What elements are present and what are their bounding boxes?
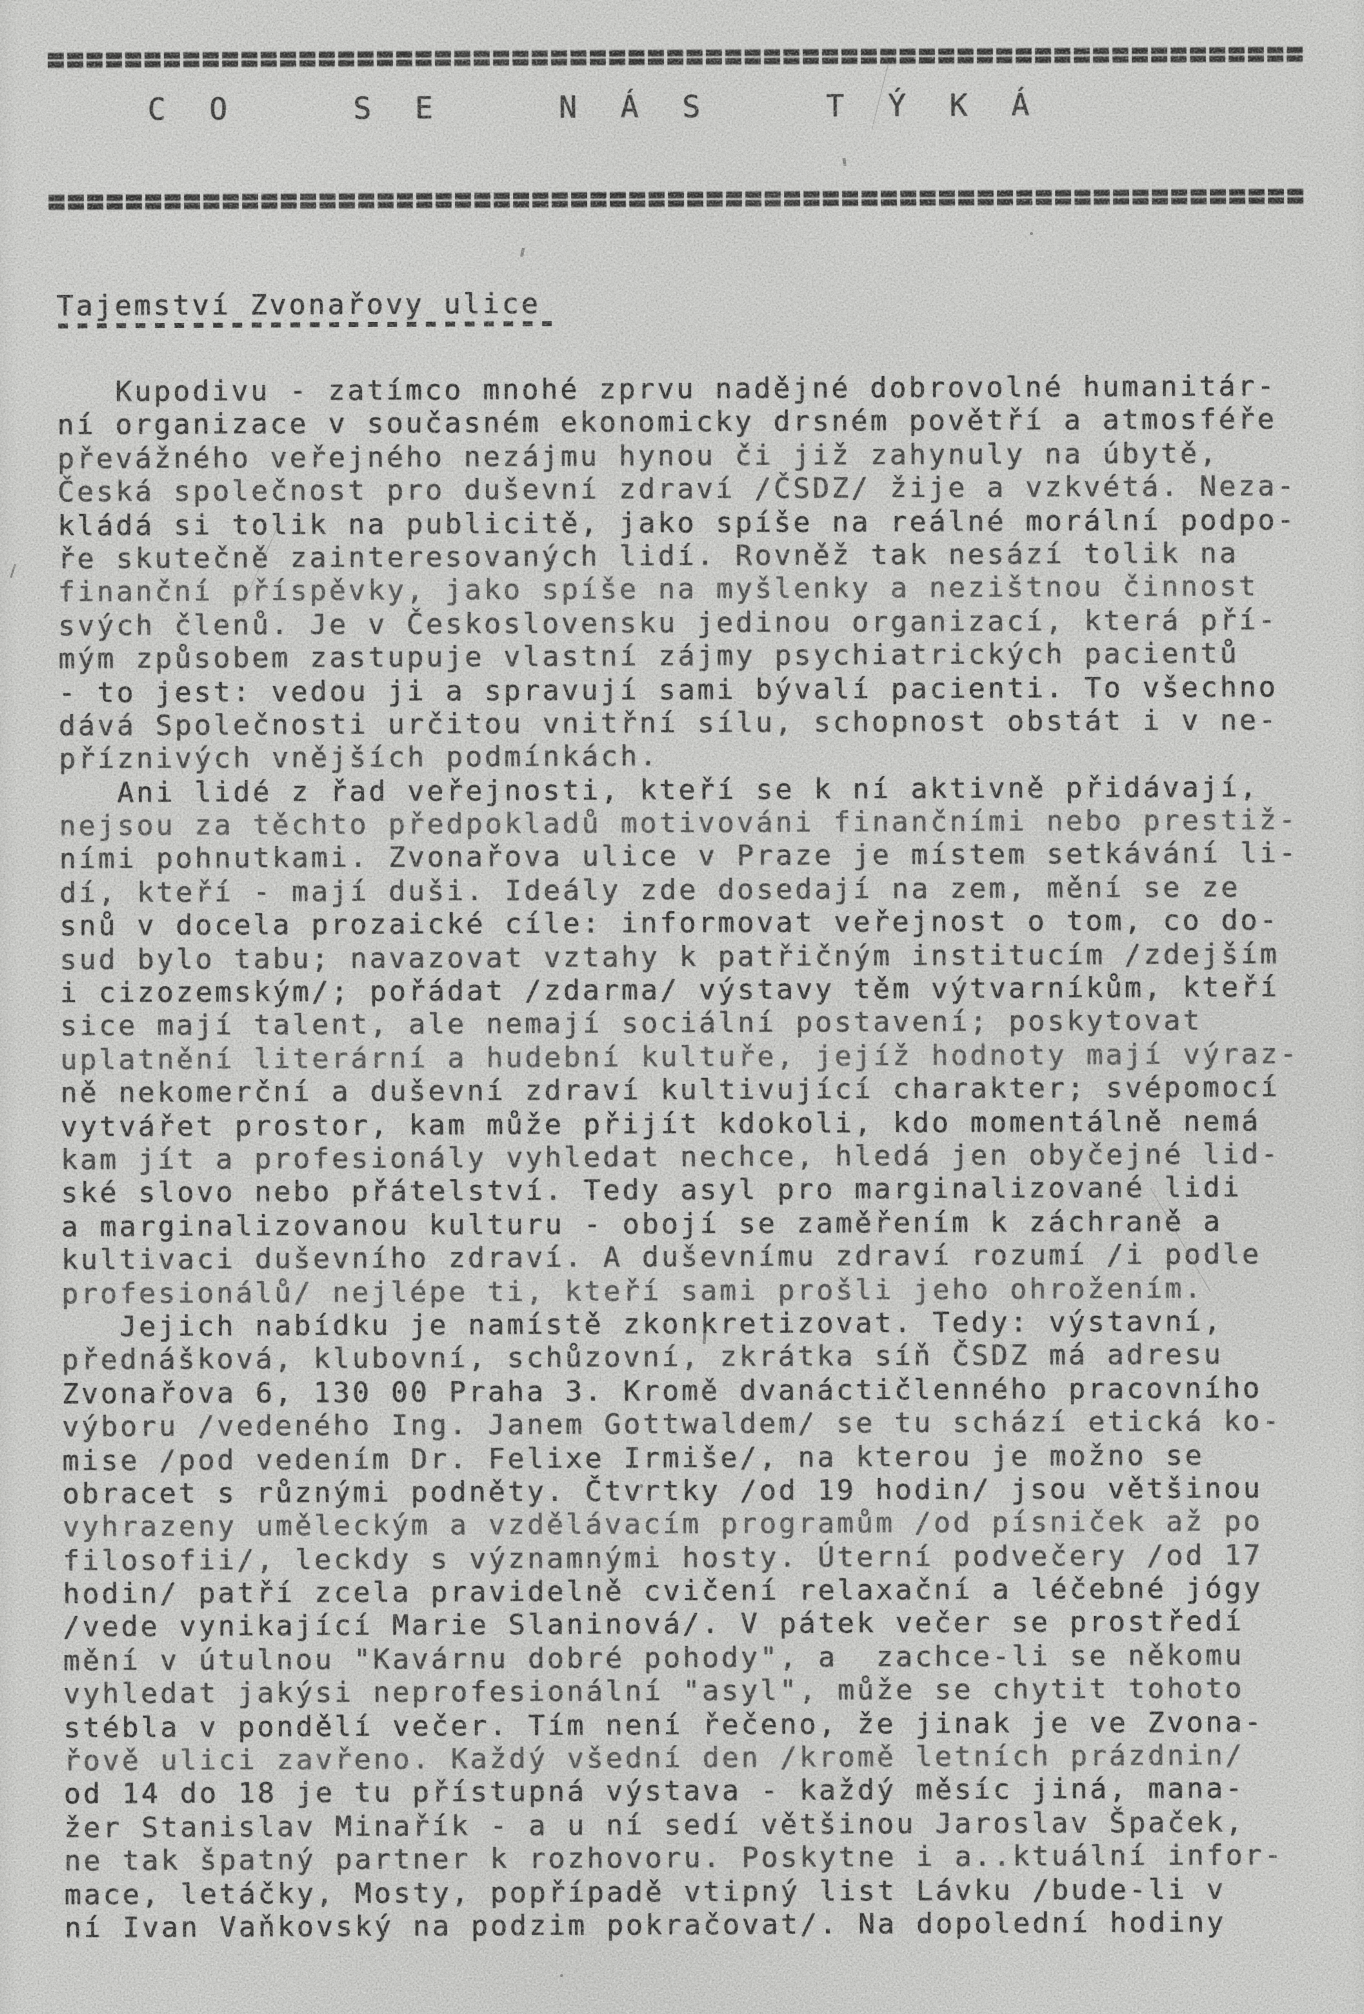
scanned-typewritten-page: ========================================… (0, 0, 1364, 2014)
text-line: Česká společnost pro duševní zdraví /ČSD… (57, 469, 1296, 508)
masthead-ruler-top: ========================================… (47, 31, 1305, 82)
article-heading-underline: -------------------------- (55, 306, 558, 341)
text-line: sud bylo tabu; navazovat vztahy k patřič… (60, 937, 1299, 976)
text-line: mise /pod vedením Dr. Felixe Irmiše/, na… (62, 1437, 1301, 1476)
text-line: dí, kteří - mají duši. Ideály zde doseda… (59, 870, 1298, 909)
text-line: příznivých vnějších podmínkách. (59, 736, 1298, 775)
text-line: přednášková, klubovní, schůzovní, zkrátk… (62, 1337, 1301, 1376)
text-line: mým způsobem zastupuje vlastní zájmy psy… (58, 636, 1297, 675)
text-line: ně nekomerční a duševní zdraví kultivují… (60, 1070, 1299, 1109)
page-sheet: ========================================… (0, 0, 1364, 2014)
text-line: ne tak špatný partner k rozhovoru. Posky… (64, 1838, 1303, 1877)
text-line: ní Ivan Vaňkovský na podzim pokračovat/.… (64, 1905, 1303, 1944)
text-line: kam jít a profesionály vyhledat nechce, … (61, 1137, 1300, 1176)
text-line: řově ulici zavřeno. Každý všední den /kr… (64, 1738, 1303, 1777)
masthead-ruler-bottom: ========================================… (48, 173, 1306, 224)
article-body: Kupodivu - zatímco mnohé zprvu nadějné d… (57, 369, 1304, 1944)
text-line: profesionálů/ nejlépe ti, kteří sami pro… (61, 1271, 1300, 1310)
text-line: vyhledat jakýsi neprofesionální "asyl", … (63, 1671, 1302, 1710)
masthead-title: C O S E N Á S T Ý K Á (148, 88, 1032, 127)
text-line: filosofii/, leckdy s významnými hosty. Ú… (63, 1538, 1302, 1577)
